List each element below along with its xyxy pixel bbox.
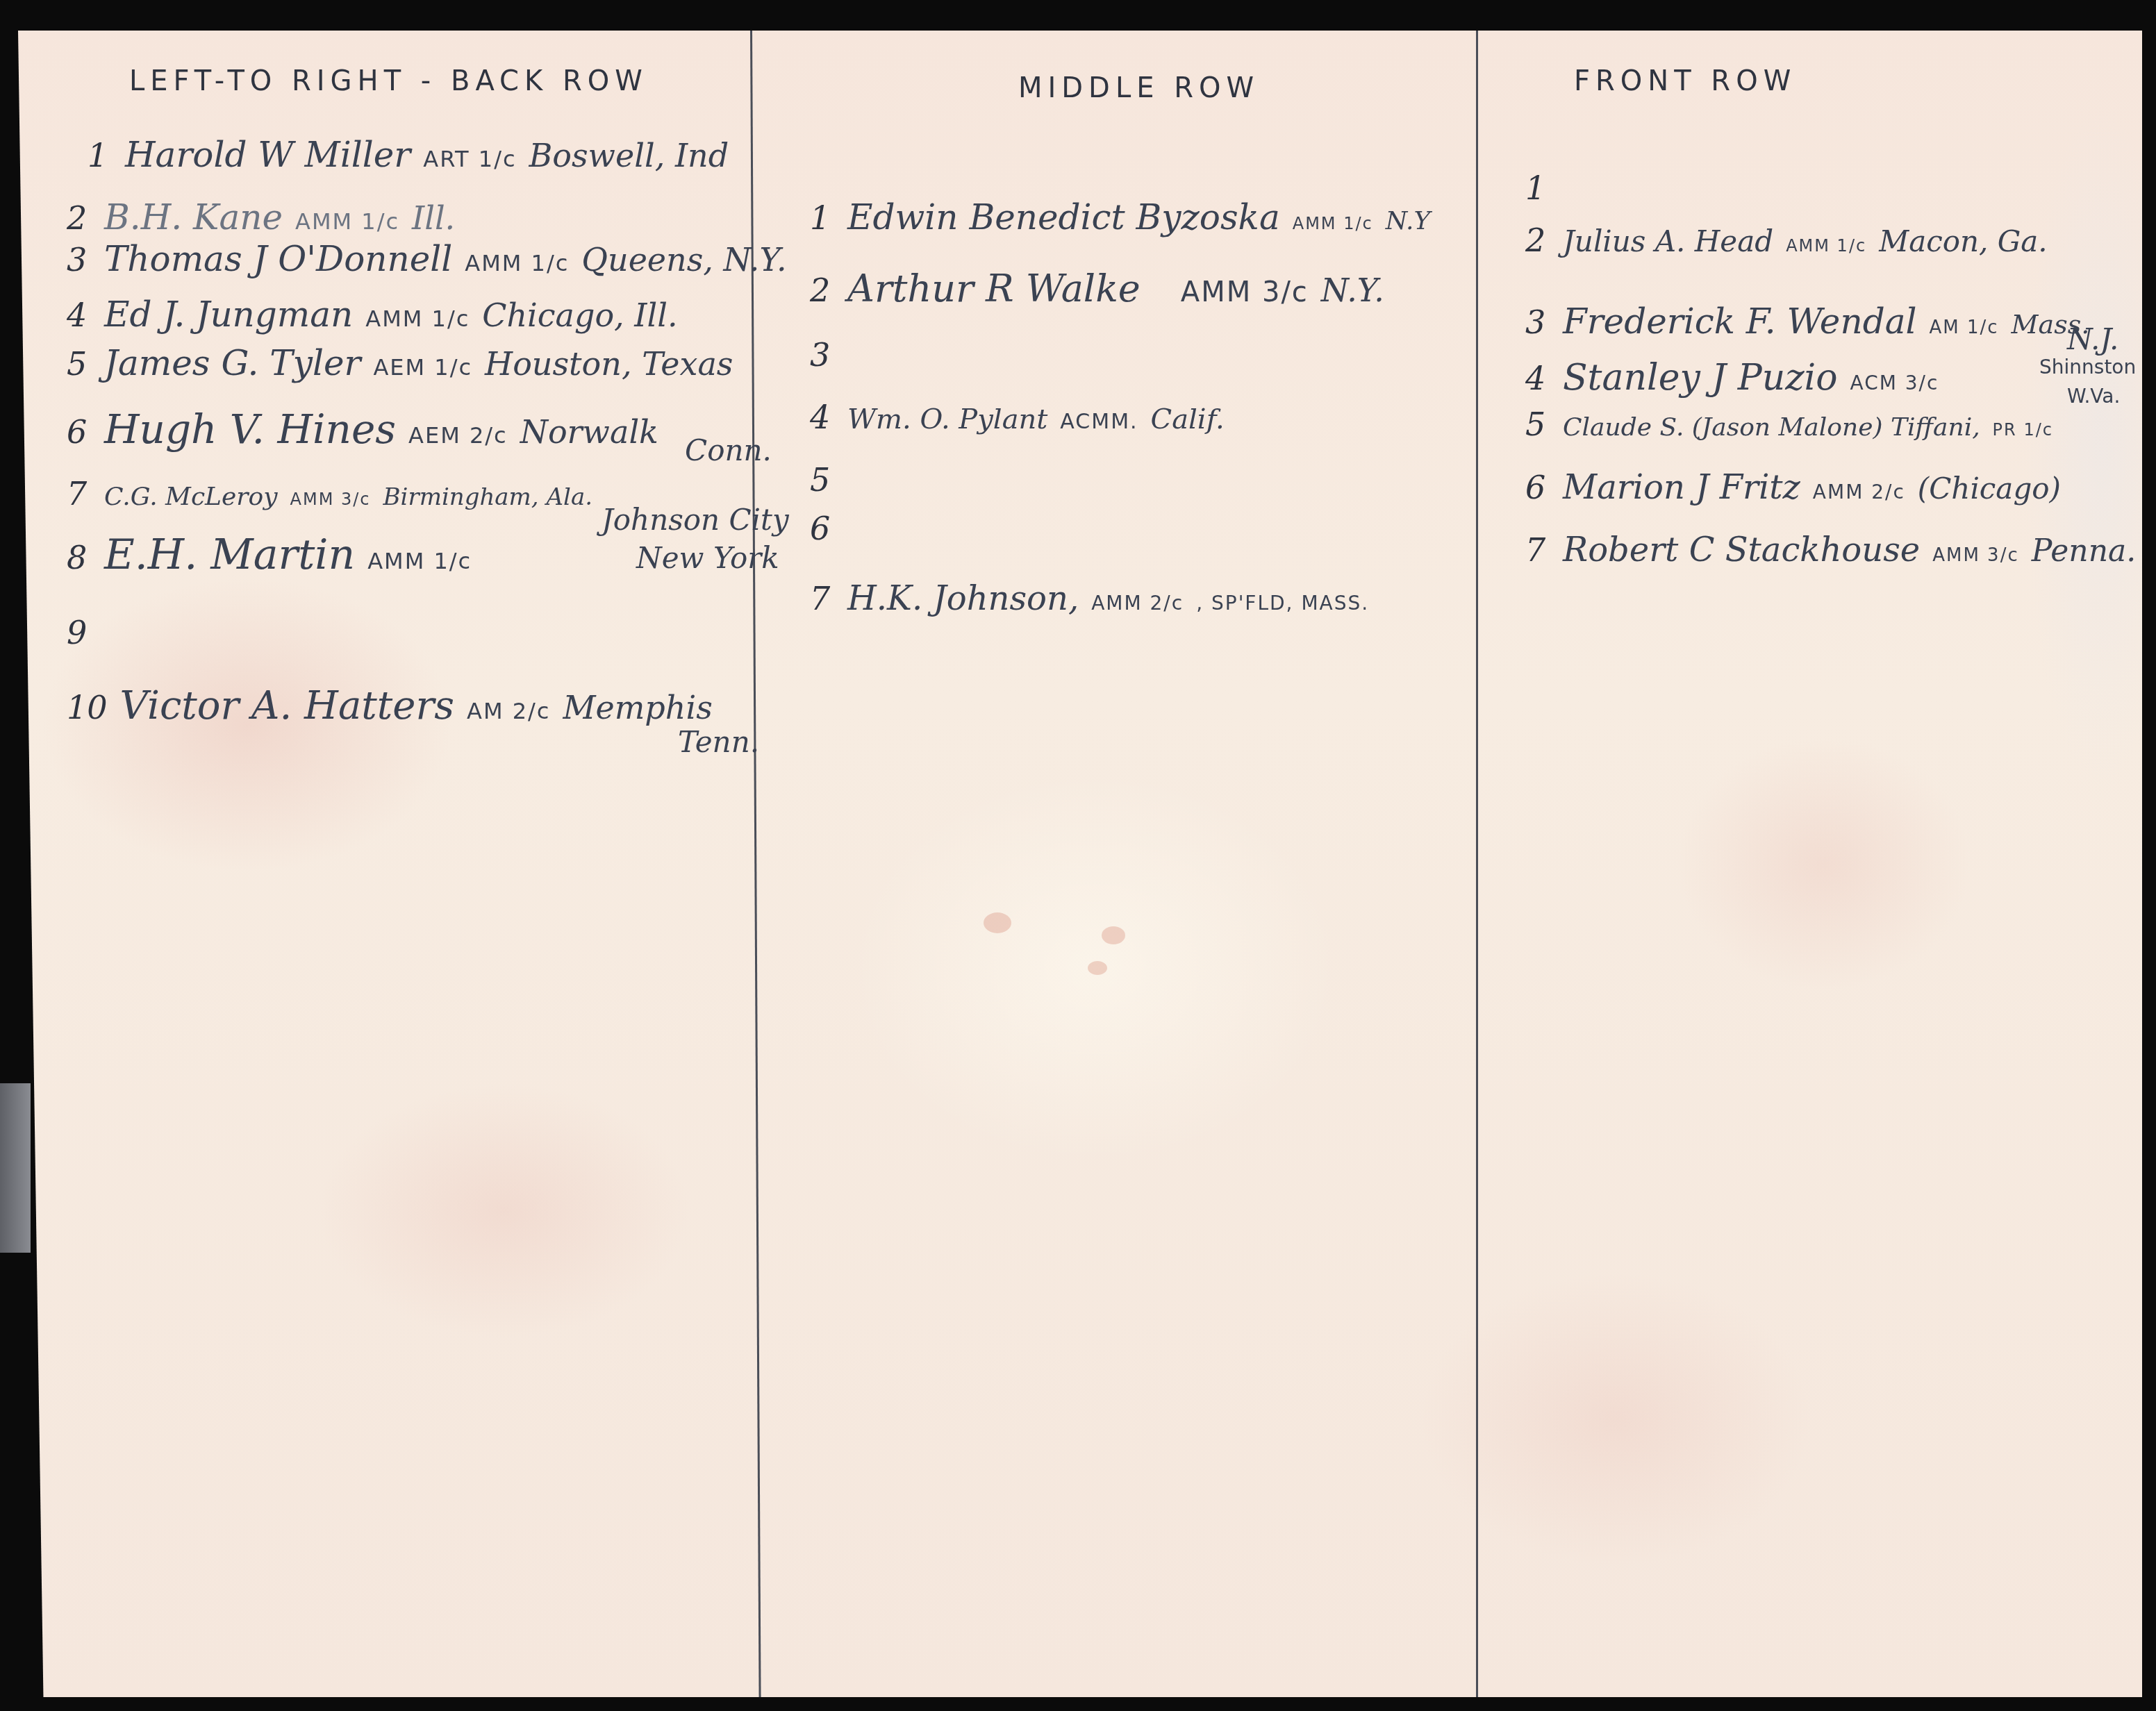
entry-number: 6 xyxy=(810,510,835,547)
entry-number: 2 xyxy=(810,272,835,309)
entry-place: Memphis xyxy=(563,689,712,726)
entry-name: Victor A. Hatters xyxy=(120,683,454,728)
entry-name: Wm. O. Pylant xyxy=(847,403,1047,435)
scanner-edge-strip xyxy=(0,1083,31,1253)
entry-number: 3 xyxy=(810,336,835,374)
entry-number: 7 xyxy=(1525,531,1550,569)
entry-name: Frederick F. Wendal xyxy=(1563,301,1916,342)
entry-place-line2: New York xyxy=(636,541,779,575)
entry-number: 3 xyxy=(1525,303,1550,341)
entry-name: C.G. McLeroy xyxy=(104,483,278,511)
list-item: 2 Julius A. Head AMM 1/c Macon, Ga. xyxy=(1525,222,2048,259)
list-item: 9 xyxy=(67,614,92,651)
entry-rate: AMM 1/c xyxy=(295,208,399,235)
entry-place: (Chicago) xyxy=(1918,471,2061,506)
entry-place: Ill. xyxy=(412,199,455,237)
stain-mark xyxy=(984,912,1011,933)
list-item: 1 xyxy=(1525,169,1550,207)
list-item: 1 Harold W Miller ART 1/c Boswell, Ind xyxy=(88,135,729,175)
list-item: 4 Stanley J Puzio ACM 3/c xyxy=(1525,357,1939,399)
list-item: 4 Wm. O. Pylant ACMM. Calif. xyxy=(810,399,1225,436)
front-row-heading: FRONT ROW xyxy=(1574,65,1796,97)
entry-number: 2 xyxy=(1525,222,1550,259)
entry-number: 5 xyxy=(67,345,92,383)
entry-rate: AMM 1/c xyxy=(1293,214,1373,233)
middle-row-heading: MIDDLE ROW xyxy=(1018,72,1259,104)
entry-name: E.H. Martin xyxy=(104,531,355,579)
entry-rate: AEM 2/c xyxy=(408,422,508,449)
entry-number: 6 xyxy=(1525,469,1550,506)
entry-number: 4 xyxy=(810,399,835,436)
entry-place: Johnson City xyxy=(602,503,789,537)
list-item: 5 James G. Tyler AEM 1/c Houston, Texas xyxy=(67,343,733,383)
list-item: 7 H.K. Johnson, AMM 2/c , SP'FLD, MASS. xyxy=(810,579,1369,618)
entry-rate: AMM 1/c xyxy=(465,250,569,276)
entry-number: 7 xyxy=(67,475,92,512)
list-item: 1 Edwin Benedict Byzoska AMM 1/c N.Y xyxy=(810,197,1430,237)
entry-number: 8 xyxy=(67,539,92,576)
entry-rate: AEM 1/c xyxy=(373,354,472,381)
stain-mark xyxy=(1102,926,1125,944)
entry-name: Ed J. Jungman xyxy=(104,294,353,335)
entry-rate: AMM 1/c xyxy=(367,548,472,574)
entry-rate: AMM 2/c xyxy=(1091,592,1184,615)
entry-rate: ART 1/c xyxy=(423,146,516,172)
entry-rate: ACM 3/c xyxy=(1850,372,1939,394)
entry-name: Arthur R Walke xyxy=(847,267,1141,310)
list-item: 2 B.H. Kane AMM 1/c Ill. xyxy=(67,197,455,237)
entry-name: Edwin Benedict Byzoska xyxy=(847,197,1280,237)
entry-number: 5 xyxy=(810,461,835,499)
entry-number: 10 xyxy=(67,689,108,726)
entry-number: 3 xyxy=(67,241,92,278)
entry-place: Calif. xyxy=(1151,403,1225,435)
entry-place: Chicago, Ill. xyxy=(482,297,677,334)
entry-number: 1 xyxy=(810,199,835,237)
entry-place-line2: Tenn. xyxy=(678,725,759,759)
entry-place: Norwalk xyxy=(520,413,658,451)
entry-place: Boswell, Ind xyxy=(529,137,729,174)
entry-rate: AM 1/c xyxy=(1929,317,1998,338)
entry-name: Stanley J Puzio xyxy=(1563,357,1838,399)
entry-name: H.K. Johnson, xyxy=(847,579,1079,618)
entry-place-line2: N.J. xyxy=(2067,322,2118,356)
entry-place-line2: Conn. xyxy=(685,433,772,467)
entry-number: 1 xyxy=(1525,169,1550,207)
entry-name: Claude S. (Jason Malone) Tiffani, xyxy=(1563,413,1980,442)
entry-rate: AMM 3/c xyxy=(1932,545,2019,566)
stain-mark xyxy=(1088,961,1107,975)
entry-rate: AM 2/c xyxy=(467,698,550,724)
entry-number: 7 xyxy=(810,580,835,617)
entry-number: 4 xyxy=(67,297,92,334)
list-item: 10 Victor A. Hatters AM 2/c Memphis xyxy=(67,683,713,728)
list-item: 4 Ed J. Jungman AMM 1/c Chicago, Ill. xyxy=(67,294,678,335)
entry-place: Houston, Texas xyxy=(485,345,733,383)
column-divider-left xyxy=(750,31,761,1697)
entry-name: James G. Tyler xyxy=(104,343,360,383)
list-item: 5 xyxy=(810,461,835,499)
entry-name: Julius A. Head xyxy=(1563,224,1773,258)
entry-name: B.H. Kane xyxy=(104,197,283,237)
list-item: 3 Thomas J O'Donnell AMM 1/c Queens, N.Y… xyxy=(67,239,787,279)
entry-number: 6 xyxy=(67,413,92,451)
entry-rate: AMM 1/c xyxy=(1786,236,1866,256)
entry-number: 5 xyxy=(1525,406,1550,443)
entry-place-line2: W.Va. xyxy=(2067,385,2120,408)
entry-rate: AMM 1/c xyxy=(365,306,470,332)
entry-place: Shinnston xyxy=(2039,356,2136,378)
entry-number: 1 xyxy=(88,137,113,174)
column-divider-right xyxy=(1476,31,1478,1697)
list-item: 2 Arthur R Walke AMM 3/c N.Y. xyxy=(810,267,1384,310)
entry-number: 4 xyxy=(1525,360,1550,397)
entry-place: Birmingham, Ala. xyxy=(383,483,592,511)
list-item: 3 Frederick F. Wendal AM 1/c Mass. xyxy=(1525,301,2089,342)
entry-rate: AMM 2/c xyxy=(1813,481,1905,503)
list-item: 5 Claude S. (Jason Malone) Tiffani, PR 1… xyxy=(1525,406,2053,443)
list-item: 8 E.H. Martin AMM 1/c xyxy=(67,531,472,579)
handwritten-sheet: LEFT-TO RIGHT - BACK ROW 1 Harold W Mill… xyxy=(18,31,2142,1697)
entry-rate: ACMM. xyxy=(1060,410,1138,434)
entry-name: Harold W Miller xyxy=(125,135,411,175)
list-item: 3 xyxy=(810,336,835,374)
entry-number: 2 xyxy=(67,199,92,237)
back-row-heading: LEFT-TO RIGHT - BACK ROW xyxy=(129,65,648,97)
entry-place: Macon, Ga. xyxy=(1879,224,2048,258)
entry-name: Marion J Fritz xyxy=(1563,468,1800,507)
list-item: 7 C.G. McLeroy AMM 3/c Birmingham, Ala. xyxy=(67,475,592,512)
entry-place: N.Y xyxy=(1386,207,1430,235)
list-item: 6 Marion J Fritz AMM 2/c (Chicago) xyxy=(1525,468,2061,507)
list-item: 6 Hugh V. Hines AEM 2/c Norwalk xyxy=(67,406,658,453)
entry-place: , SP'FLD, MASS. xyxy=(1196,592,1369,615)
entry-rate: AMM 3/c xyxy=(290,490,371,509)
list-item: 7 Robert C Stackhouse AMM 3/c Penna. xyxy=(1525,531,2136,569)
entry-place: N.Y. xyxy=(1321,272,1384,309)
list-item: 6 xyxy=(810,510,835,547)
entry-place: Queens, N.Y. xyxy=(581,241,786,278)
entry-place: Penna. xyxy=(2032,533,2137,569)
entry-rate: AMM 3/c xyxy=(1181,276,1309,308)
entry-name: Robert C Stackhouse xyxy=(1563,531,1920,569)
entry-name: Hugh V. Hines xyxy=(104,406,396,453)
entry-number: 9 xyxy=(67,614,92,651)
entry-name: Thomas J O'Donnell xyxy=(104,239,452,279)
entry-rate: PR 1/c xyxy=(1993,420,2053,440)
